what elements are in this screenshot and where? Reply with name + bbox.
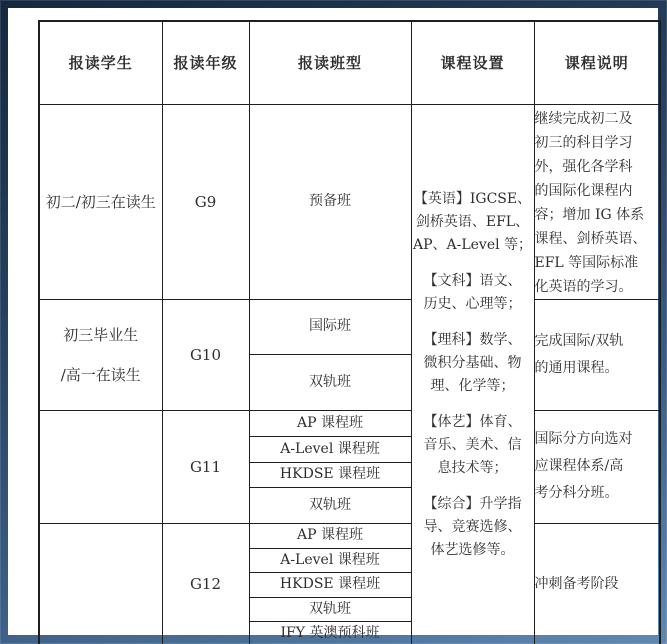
page-frame: 报读学生 报读年级 报读班型 课程设置 课程说明 初二/初三在读生 G9 预备班… xyxy=(0,0,667,644)
table-row: G11 AP 课程班 国际分方向选对 应课程体系/高 考分科分班。 xyxy=(39,410,660,436)
student-cell-g9: 初二/初三在读生 xyxy=(39,104,162,299)
document-panel: 报读学生 报读年级 报读班型 课程设置 课程说明 初二/初三在读生 G9 预备班… xyxy=(8,8,658,635)
class-type-cell-g12-alevel: A-Level 课程班 xyxy=(249,548,411,572)
table-row: 初二/初三在读生 G9 预备班 【英语】IGCSE、 剑桥英语、EFL、 AP、… xyxy=(39,104,660,299)
course-group-english: 【英语】IGCSE、 剑桥英语、EFL、 AP、A-Level 等； xyxy=(412,188,534,257)
class-type-cell-g10-dual-track: 双轨班 xyxy=(249,354,411,410)
description-cell-g12: 冲刺备考阶段 xyxy=(534,523,660,644)
class-type-cell-g11-hkdse: HKDSE 课程班 xyxy=(249,462,411,487)
table-row: G12 AP 课程班 冲刺备考阶段 xyxy=(39,523,660,548)
enrollment-table: 报读学生 报读年级 报读班型 课程设置 课程说明 初二/初三在读生 G9 预备班… xyxy=(38,20,661,644)
class-type-cell-g10-international: 国际班 xyxy=(249,299,411,354)
student-cell-g10: 初三毕业生 /高一在读生 xyxy=(39,299,162,410)
grade-cell-g10: G10 xyxy=(162,299,249,410)
student-cell-g11 xyxy=(39,410,162,523)
class-type-cell-g11-dual-track: 双轨班 xyxy=(249,487,411,523)
course-group-science: 【理科】数学、 微积分基础、物 理、化学等； xyxy=(412,329,534,398)
grade-cell-g11: G11 xyxy=(162,410,249,523)
description-cell-g9: 继续完成初二及 初三的科目学习 外，强化各学科 的国际化课程内 容；增加 IG … xyxy=(534,104,660,299)
course-group-comprehensive: 【综合】升学指 导、竞赛选修、 体艺选修等。 xyxy=(412,493,534,562)
class-type-cell-g12-dual-track: 双轨班 xyxy=(249,597,411,621)
col-header-courses: 课程设置 xyxy=(411,21,534,104)
col-header-grade: 报读年级 xyxy=(162,21,249,104)
col-header-description: 课程说明 xyxy=(534,21,660,104)
col-header-class-type: 报读班型 xyxy=(249,21,411,104)
table-row: 初三毕业生 /高一在读生 G10 国际班 完成国际/双轨 的通用课程。 xyxy=(39,299,660,354)
class-type-cell-g11-alevel: A-Level 课程班 xyxy=(249,436,411,462)
courses-cell: 【英语】IGCSE、 剑桥英语、EFL、 AP、A-Level 等； 【文科】语… xyxy=(411,104,534,644)
class-type-cell-g9-prep: 预备班 xyxy=(249,104,411,299)
class-type-cell-g11-ap: AP 课程班 xyxy=(249,410,411,436)
class-type-cell-g12-hkdse: HKDSE 课程班 xyxy=(249,572,411,597)
course-group-sports-arts: 【体艺】体育、 音乐、美术、信 息技术等； xyxy=(412,411,534,480)
description-cell-g11: 国际分方向选对 应课程体系/高 考分科分班。 xyxy=(534,410,660,523)
grade-cell-g9: G9 xyxy=(162,104,249,299)
student-cell-g12 xyxy=(39,523,162,644)
header-row: 报读学生 报读年级 报读班型 课程设置 课程说明 xyxy=(39,21,660,104)
col-header-students: 报读学生 xyxy=(39,21,162,104)
class-type-cell-g12-ap: AP 课程班 xyxy=(249,523,411,548)
course-group-liberal-arts: 【文科】语文、 历史、心理等； xyxy=(412,270,534,316)
grade-cell-g12: G12 xyxy=(162,523,249,644)
description-cell-g10: 完成国际/双轨 的通用课程。 xyxy=(534,299,660,410)
class-type-cell-g12-ify: IFY 英澳预科班 xyxy=(249,621,411,644)
